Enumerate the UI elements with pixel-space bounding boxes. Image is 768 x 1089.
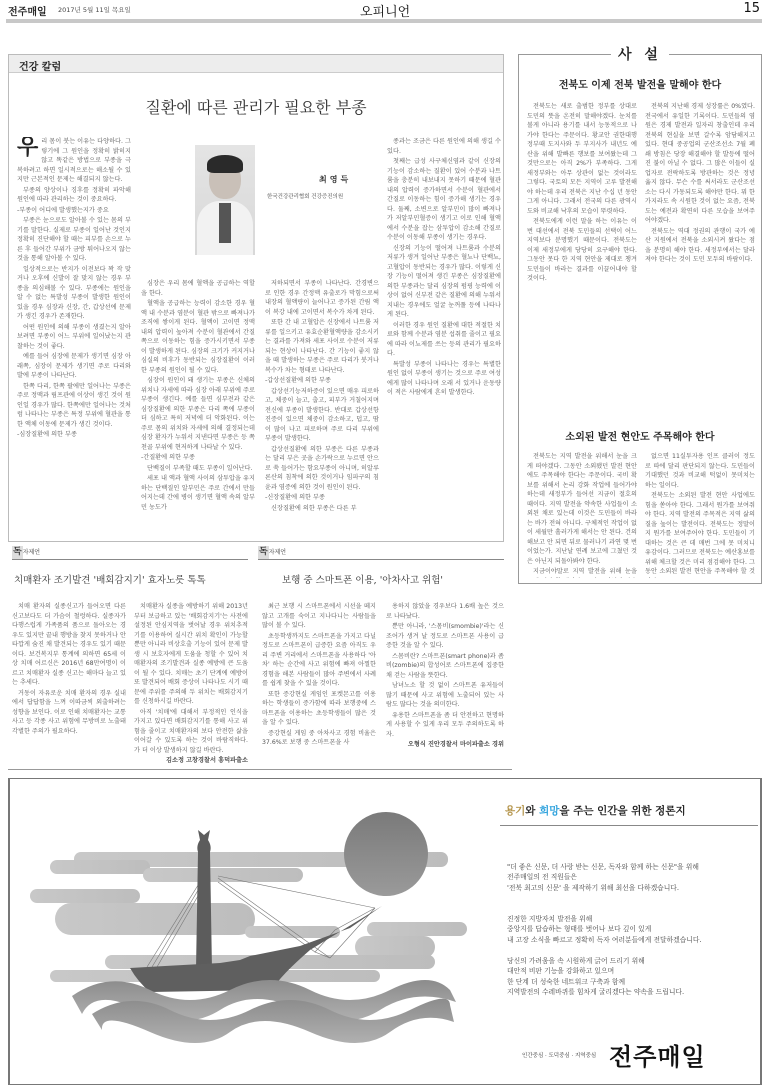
section-title: 오피니언 <box>360 1 410 20</box>
editorial-section: 사 설 전북도 이제 전북 발전을 말해야 한다 전북도는 새로 출범한 정부를… <box>518 54 762 584</box>
health-column: 건강 칼럼 질환에 따른 관리가 필요한 부종 우리 몸이 붓는 이유는 다양하… <box>8 54 504 542</box>
editorial-1-column-1: 전북도는 새로 출범한 정부를 상대로 도민의 뜻을 온전히 말해야겠다. 눈치… <box>527 102 637 420</box>
newspaper-brand: 전주매일 <box>8 3 47 18</box>
editorial-headline-2: 소외된 발전 현안도 주목해야 한다 <box>519 428 761 443</box>
reader-proposal-signature-2: 오형식 진안경찰서 마이파출소 경위 <box>386 740 504 750</box>
mast-icon <box>196 830 212 970</box>
ad-paragraph-2: 진정한 지방자치 발전을 위해 중앙지를 답습하는 형태를 벗어나 보다 깊이 … <box>507 914 702 945</box>
issue-date: 2017년 5월 11일 목요일 <box>58 5 131 14</box>
author-photo <box>195 145 255 255</box>
article-headline: 질환에 따른 관리가 필요한 부종 <box>9 95 503 118</box>
reader-proposal-tag-2: 독자제언 <box>258 546 504 560</box>
ad-slogan: 용기와 희망을 주는 인간을 위한 정론지 <box>505 803 686 818</box>
author-affiliation: 한국건강관리협회 건강증진의원 <box>267 192 343 200</box>
newspaper-logo: 전주매일 <box>609 1037 706 1072</box>
article-column-3: 저하되면서 부종이 나타난다. 간경변으로 인한 경우 간정맥 유출로가 막힘으… <box>265 279 379 537</box>
reader-proposal-title-2: 보행 중 스마트폰 이용, '아차사고 위험' <box>282 572 443 586</box>
column-tag-label: 건강 칼럼 <box>19 58 61 73</box>
article-column-4: 종과는 조금은 다른 원인에 의해 생길 수 있다. 첫째는 급성 사구체신염과… <box>387 137 501 537</box>
ad-motto: 인간중심 · 도덕중심 · 지역중심 <box>522 1051 596 1059</box>
reader-proposal-signature-1: 김소정 고창경찰서 흥덕파출소 <box>134 756 248 764</box>
reader-proposal-2-column-1: 최근 보행 시 스마트폰에서 시선을 떼지 않고 고개를 숙이고 지나다니는 사… <box>262 602 376 764</box>
reader-proposal-2-column-2: 용하지 않았을 경우보다 1.6배 높은 것으로 나타났다. 뿐만 아니라, '… <box>386 602 504 764</box>
article-column-2: 심장은 우리 몸에 혈액을 공급하는 역할을 한다. 혈액을 공급하는 능력이 … <box>141 279 255 537</box>
page-number: 15 <box>743 1 760 16</box>
ad-paragraph-1: "더 좋은 신문, 더 사랑 받는 신문, 독자와 함께 하는 신문"을 위해 … <box>507 862 699 893</box>
editorial-headline-1: 전북도 이제 전북 발전을 말해야 한다 <box>519 76 761 91</box>
ad-paragraph-3: 당신의 가려움을 속 시원하게 긁어 드리기 위해 대안적 비판 기능을 강화하… <box>507 956 684 997</box>
section-divider <box>8 769 512 770</box>
drop-cap: 우 <box>17 138 38 158</box>
ship-illustration <box>10 800 490 1080</box>
author-name: 최영득 <box>319 174 351 185</box>
editorial-1-column-2: 전북의 지난해 경제 성장률은 0%였다. 전국에서 유일한 기록이다. 도민들… <box>645 102 755 420</box>
page-header: 전주매일 2017년 5월 11일 목요일 오피니언 15 <box>0 0 768 24</box>
editorial-2-column-1: 전북도는 지역 발전을 위해서 눈을 크게 떠야겠다. 그동안 소외됐던 발전 … <box>527 452 637 578</box>
reader-proposal-title-1: 치매환자 조기발견 '배회감지기' 효자노릇 톡톡 <box>14 572 206 586</box>
reader-proposal-tag-1: 독자제언 <box>12 546 248 560</box>
wave-icon <box>92 999 454 1043</box>
article-column-1: 우리 몸이 붓는 이유는 다양하다. 그렇기에 그 원인을 정확히 밝히지 않고… <box>17 137 131 537</box>
column-tag: 건강 칼럼 <box>9 55 503 73</box>
ad-slogan-rule <box>500 825 758 826</box>
reader-proposal-1-column-2: 치매환자 실종을 예방하기 위해 2013년부터 보급하고 있는 '배회감지기'… <box>134 602 248 764</box>
editorial-label: 사 설 <box>519 44 761 64</box>
sun-icon <box>344 812 428 896</box>
header-rule <box>6 19 762 23</box>
reader-proposal-1-column-1: 치매 환자의 실종신고가 들어오면 다른 신고보다도 더 가슴이 철렁하다. 실… <box>12 602 126 764</box>
editorial-2-column-2: 없으면 11실투자용 인프 클러이 정도로 따에 달리 판단되지 않는다. 도민… <box>645 452 755 578</box>
